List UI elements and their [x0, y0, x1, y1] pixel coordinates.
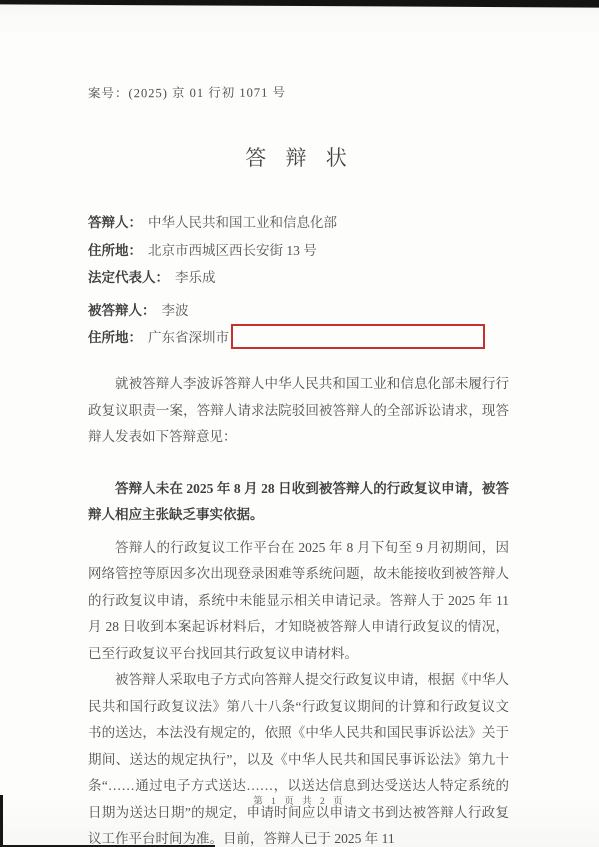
- paragraph: 答辩人未在 2025 年 8 月 28 日收到被答辩人的行政复议申请，被答辩人相…: [88, 476, 509, 529]
- page-number-footer: 第 1 页 共 2 页: [0, 793, 599, 807]
- redaction-box: [231, 324, 485, 349]
- paragraph: 就被答辩人李波诉答辩人中华人民共和国工业和信息化部未履行行政复议职责一案，答辩人…: [88, 371, 509, 451]
- party-label: 法定代表人：: [88, 270, 169, 285]
- party-info-block: 答辩人：中华人民共和国工业和信息化部 住所地：北京市西城区西长安街 13 号 法…: [88, 209, 539, 352]
- scanned-document-page: 案号：(2025) 京 01 行初 1071 号 答 辩 状 答辩人：中华人民共…: [0, 0, 599, 847]
- document-title: 答 辩 状: [0, 142, 599, 172]
- party-value: 李波: [162, 303, 189, 318]
- party-line-applicant-address: 住所地：广东省深圳市: [88, 324, 539, 352]
- party-value: 中华人民共和国工业和信息化部: [148, 215, 337, 230]
- paragraph: 答辩人的行政复议工作平台在 2025 年 8 月下旬至 9 月初期间，因网络管控…: [88, 535, 509, 668]
- party-value: 李乐成: [175, 270, 216, 285]
- party-line-legal-representative: 法定代表人：李乐成: [88, 264, 539, 292]
- party-line-respondent-address: 住所地：北京市西城区西长安街 13 号: [88, 237, 539, 265]
- party-value: 广东省深圳市: [148, 330, 229, 345]
- party-value: 北京市西城区西长安街 13 号: [148, 243, 317, 258]
- party-line-applicant: 被答辩人：李波: [88, 297, 539, 325]
- party-line-respondent: 答辩人：中华人民共和国工业和信息化部: [88, 209, 539, 237]
- paragraph: 被答辩人采取电子方式向答辩人提交行政复议申请，根据《中华人民共和国行政复议法》第…: [88, 667, 509, 847]
- party-label: 被答辩人：: [88, 303, 156, 318]
- case-number: 案号：(2025) 京 01 行初 1071 号: [88, 82, 286, 101]
- party-label: 答辩人：: [88, 215, 142, 230]
- scan-artifact-top-edge: [0, 0, 599, 8]
- party-label: 住所地：: [88, 243, 142, 258]
- party-label: 住所地：: [88, 330, 142, 345]
- document-body: 就被答辩人李波诉答辩人中华人民共和国工业和信息化部未履行行政复议职责一案，答辩人…: [88, 371, 509, 847]
